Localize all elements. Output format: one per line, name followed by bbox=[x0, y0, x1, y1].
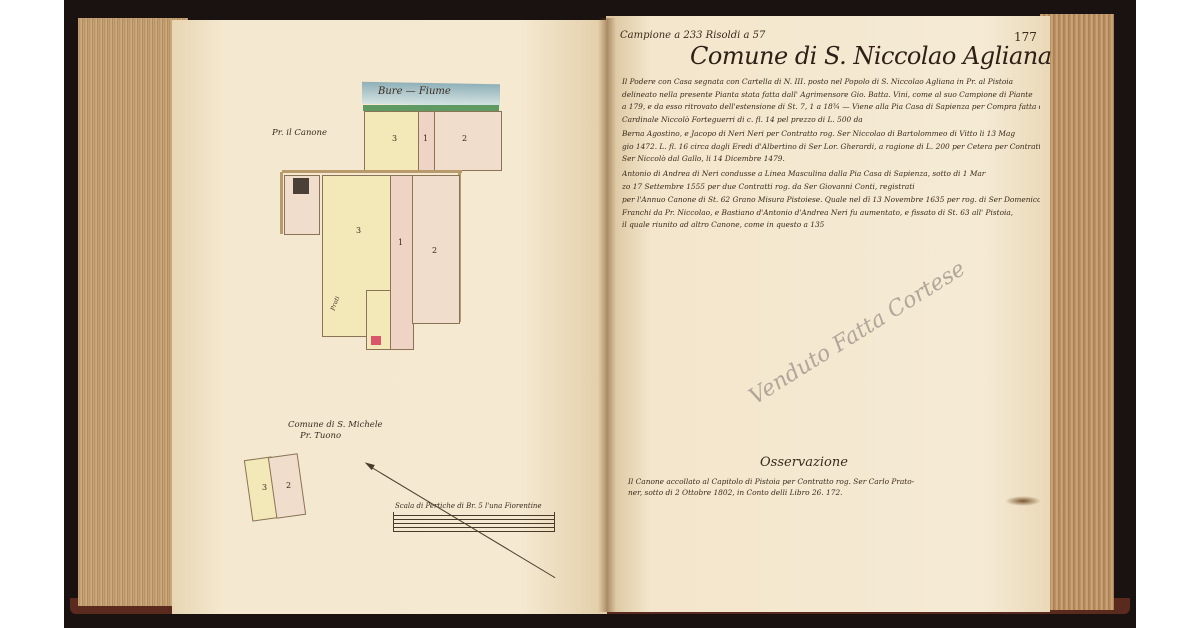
chapel bbox=[371, 336, 381, 345]
page-stack-right bbox=[1040, 14, 1114, 610]
text-line: ner, sotto di 2 Ottobre 1802, in Conto d… bbox=[628, 487, 914, 498]
text-line: Ser Niccolò dal Gallo, li 14 Dicembre 14… bbox=[622, 153, 1040, 166]
page-title: Comune di S. Niccolao Agliana bbox=[690, 42, 1052, 70]
farmhouse bbox=[293, 178, 309, 194]
paragraph-4: per l'Annuo Canone di St. 62 Grano Misur… bbox=[622, 194, 1040, 232]
text-line: Berna Agostino, e Jacopo di Neri Neri pe… bbox=[622, 128, 1040, 141]
text-line: Franchi da Pr. Niccolao, e Bastiano d'An… bbox=[622, 207, 1040, 220]
paragraph-3: Antonio di Andrea di Neri condusse a Lin… bbox=[622, 168, 1040, 193]
observation-text: Il Canone accollato al Capitolo di Pisto… bbox=[628, 476, 914, 498]
scale-label: Scala di Pertiche di Br. 5 l'una Fiorent… bbox=[395, 502, 542, 510]
text-line: Cardinale Niccolò Forteguerri di c. fl. … bbox=[622, 114, 1040, 127]
text-line: Il Podere con Casa segnata con Cartella … bbox=[622, 76, 1040, 89]
book-gutter bbox=[598, 18, 616, 612]
scale-bar bbox=[393, 512, 555, 532]
text-line: Il Canone accollato al Capitolo di Pisto… bbox=[628, 476, 914, 487]
page-header: Campione a 233 Risoldi a 57 bbox=[620, 30, 765, 41]
text-line: per l'Annuo Canone di St. 62 Grano Misur… bbox=[622, 194, 1040, 207]
ink-stain bbox=[1005, 496, 1041, 506]
observation-title: Osservazione bbox=[760, 455, 848, 470]
inset-title: Comune di S. Michele bbox=[288, 420, 383, 430]
text-line: delineato nella presente Pianta stata fa… bbox=[622, 89, 1040, 102]
parcel-number: 3 bbox=[262, 483, 267, 492]
text-line: zo 17 Settembre 1555 per due Contratti r… bbox=[622, 181, 1040, 194]
inset-subtitle: Pr. Tuono bbox=[300, 431, 341, 441]
paragraph-2: Berna Agostino, e Jacopo di Neri Neri pe… bbox=[622, 128, 1040, 166]
boundary-wall bbox=[282, 170, 462, 173]
boundary-wall bbox=[280, 172, 283, 234]
parcel-number: 3 bbox=[392, 134, 397, 143]
text-line: Antonio di Andrea di Neri condusse a Lin… bbox=[622, 168, 1040, 181]
paragraph-1: Il Podere con Casa segnata con Cartella … bbox=[622, 76, 1040, 126]
parcel-1-main bbox=[390, 175, 414, 350]
parcel-number: 1 bbox=[423, 134, 428, 143]
parcel-number: 3 bbox=[356, 226, 361, 235]
parcel-number: 2 bbox=[432, 246, 437, 255]
parcel-number: 1 bbox=[398, 238, 403, 247]
river-label: Bure — Fiume bbox=[378, 86, 451, 97]
parcel-number: 2 bbox=[462, 134, 467, 143]
parcel-number: 2 bbox=[286, 481, 291, 490]
text-line: a 179, e da esso ritrovato dell'estensio… bbox=[622, 101, 1040, 114]
parcel-2-upper bbox=[434, 111, 502, 171]
text-line: gio 1472. L. fl. 16 circa dagli Eredi d'… bbox=[622, 141, 1040, 154]
neighbor-label: Pr. il Canone bbox=[272, 128, 327, 138]
text-line: il quale riunito ad altro Canone, come i… bbox=[622, 219, 1040, 232]
